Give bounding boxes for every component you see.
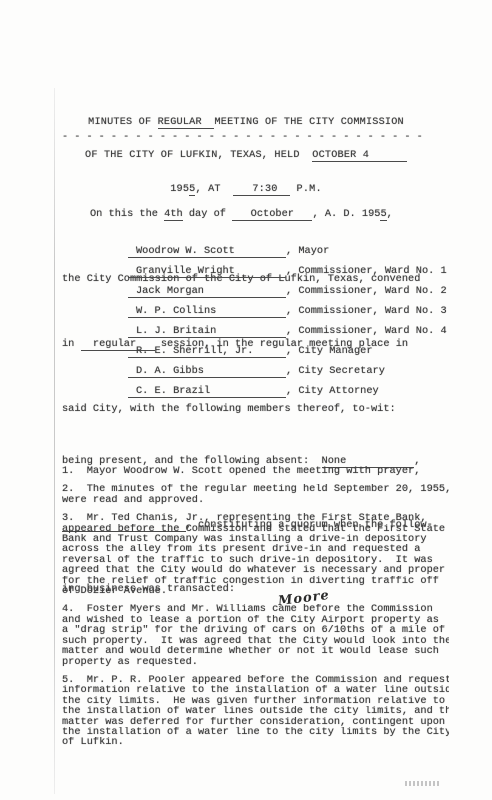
member-title: Mayor [298, 245, 329, 257]
minutes-item-line: of Dozier Avenue. [62, 586, 449, 596]
member-row: Granville Wright, Commissioner, Ward No.… [128, 265, 447, 285]
minutes-item-line: for the relief of traffic congestion in … [62, 576, 449, 586]
minutes-item-first-line: 5. Mr. P. R. Pooler appeared before the … [62, 675, 449, 685]
member-name: D. A. Gibbs [128, 365, 286, 378]
member-title: City Manager [298, 345, 372, 357]
member-row: R. E. Sherrill, Jr., City Manager [128, 345, 447, 365]
member-row: C. E. Brazil, City Attorney [128, 385, 447, 405]
minutes-item-first-line: 2. The minutes of the regular meeting he… [62, 484, 449, 494]
minutes-item: 1. Mayor Woodrow W. Scott opened the mee… [62, 466, 449, 476]
member-title: Commissioner, Ward No. 3 [298, 305, 446, 317]
minutes-item-line: the installation of water lines outside … [62, 706, 449, 716]
member-name: C. E. Brazil [128, 385, 286, 398]
minutes-item-line: and wished to lease a portion of the Cit… [62, 615, 449, 625]
minutes-item-first-line: 1. Mayor Woodrow W. Scott opened the mee… [62, 466, 449, 476]
member-name: L. J. Britain [128, 325, 286, 338]
member-separator: , [286, 365, 298, 377]
member-name: R. E. Sherrill, Jr. [128, 345, 286, 358]
minutes-item-line: information relative to the installation… [62, 685, 449, 695]
minutes-item-line: across the alley from its present drive-… [62, 544, 449, 554]
member-title: Commissioner, Ward No. 2 [298, 285, 446, 297]
minutes-item-line: the city limits. He was given further in… [62, 696, 449, 706]
member-separator: , [286, 245, 298, 257]
minutes-item-line: matter and would determine whether or no… [62, 646, 449, 656]
minutes-item-line: property as requested. [62, 657, 449, 667]
opening-line-1: On this the 4th day of October , A. D. 1… [62, 204, 454, 226]
minutes-item-first-line: 3. Mr. Ted Chanis, Jr., representing the… [62, 513, 449, 523]
minutes-item-first-line: 4. Foster Myers and Mr. Williams came be… [62, 604, 449, 614]
microfilm-mark [405, 781, 441, 786]
member-title: Commissioner, Ward No. 1 [298, 265, 446, 277]
minutes-item-line: reversal of the traffic to such drive-in… [62, 555, 449, 565]
member-title: City Attorney [298, 385, 378, 397]
minutes-item-line: such property. It was agreed that the Ci… [62, 636, 449, 646]
member-row: L. J. Britain, Commissioner, Ward No. 4 [128, 325, 447, 345]
member-separator: , [286, 325, 298, 337]
minutes-item-line: appeared before the Commission and state… [62, 524, 449, 534]
member-name: Jack Morgan [128, 285, 286, 298]
minutes-item: 2. The minutes of the regular meeting he… [62, 484, 449, 505]
minutes-item-line: were read and approved. [62, 495, 449, 505]
scanned-minutes-page: MINUTES OF REGULAR MEETING OF THE CITY C… [0, 0, 492, 800]
member-name: W. P. Collins [128, 305, 286, 318]
member-title: City Secretary [298, 365, 385, 377]
minutes-item-line: matter was deferred for further consider… [62, 717, 449, 727]
member-separator: , [286, 385, 298, 397]
minutes-item-line: Bank and Trust Company was installing a … [62, 534, 449, 544]
dash-separator: - - - - - - - - - - - - - - - - - - - - … [62, 132, 446, 143]
minutes-items: 1. Mayor Woodrow W. Scott opened the mee… [62, 466, 449, 756]
member-list: Woodrow W. Scott, MayorGranville Wright,… [128, 245, 447, 405]
title-line-1: MINUTES OF REGULAR MEETING OF THE CITY C… [0, 117, 492, 128]
member-row: D. A. Gibbs, City Secretary [128, 365, 447, 385]
minutes-item-line: the installation of a water line to the … [62, 727, 449, 737]
member-row: Woodrow W. Scott, Mayor [128, 245, 447, 265]
member-separator: , [286, 305, 298, 317]
member-title: Commissioner, Ward No. 4 [298, 325, 446, 337]
minutes-item: 5. Mr. P. R. Pooler appeared before the … [62, 675, 449, 748]
minutes-item: 3. Mr. Ted Chanis, Jr., representing the… [62, 513, 449, 596]
member-row: Jack Morgan, Commissioner, Ward No. 2 [128, 285, 447, 305]
minutes-item-line: of Lufkin. [62, 737, 449, 747]
member-separator: , [286, 265, 298, 277]
member-separator: , [286, 345, 298, 357]
member-name: Woodrow W. Scott [128, 245, 286, 258]
member-separator: , [286, 285, 298, 297]
member-name: Granville Wright [128, 265, 286, 278]
minutes-item: 4. Foster Myers and Mr. Williams came be… [62, 604, 449, 666]
minutes-item-line: agreed that the City would do whatever i… [62, 565, 449, 575]
minutes-item-line: a "drag strip" for the driving of cars o… [62, 625, 449, 635]
member-row: W. P. Collins, Commissioner, Ward No. 3 [128, 305, 447, 325]
